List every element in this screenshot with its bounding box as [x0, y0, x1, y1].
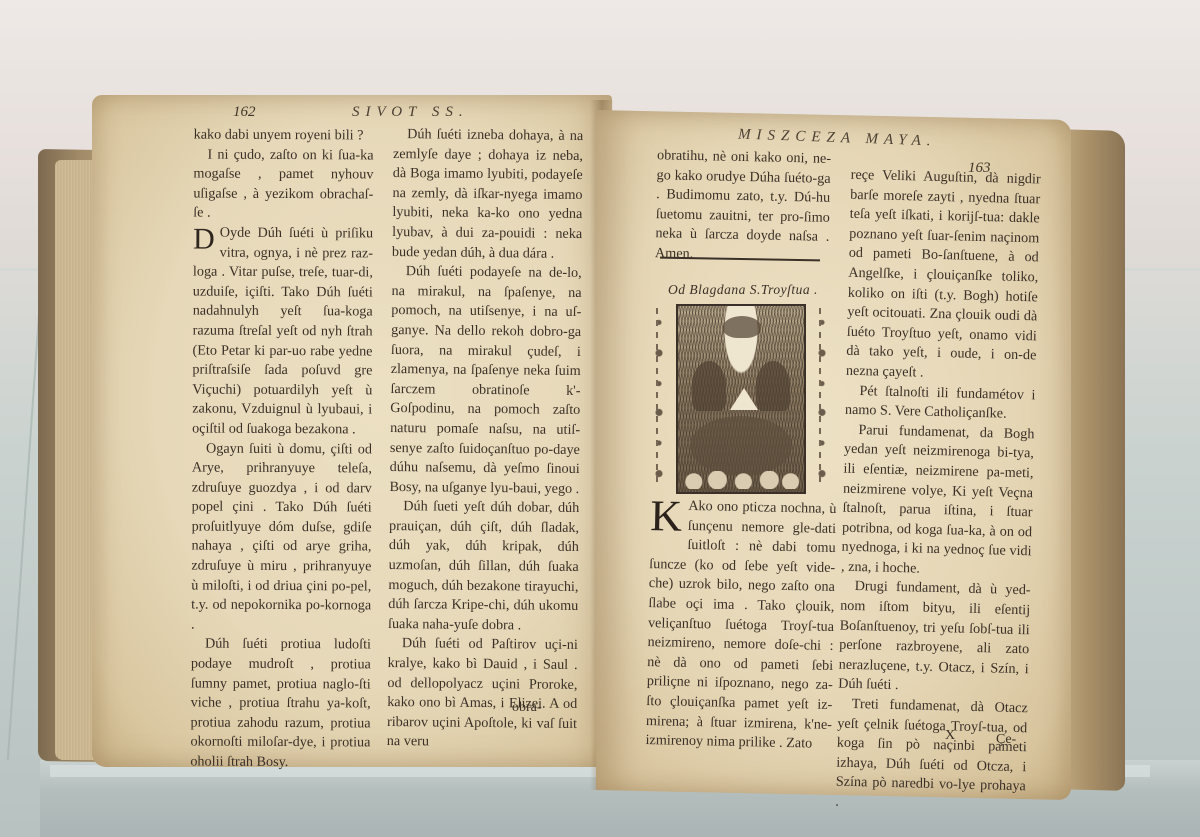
right-catchword: Çe- [996, 732, 1016, 748]
paragraph: Dúh ſuéti protiua ludoſti podaye mudroſt… [190, 635, 371, 773]
paragraph-with-dropcap: KAko ono pticza nochna, ù ſunçenu nemore… [645, 496, 836, 755]
right-page-column-1-bottom: KAko ono pticza nochna, ù ſunçenu nemore… [645, 496, 836, 755]
trinity-woodcut-image [676, 304, 806, 494]
paragraph-text: Oyde Dúh ſuéti ù priſiku vitra, ognya, i… [192, 225, 373, 438]
open-book: 162 SIVOT SS. kako dabi unyem royeni bil… [0, 0, 1200, 837]
paragraph: Dúh ſuéti podayeſe na de-lo, na mirakul,… [389, 262, 581, 499]
figure-left [692, 361, 726, 411]
left-page-column-1: kako dabi unyem royeni bili ? I ni çudo,… [190, 126, 373, 774]
ornament-border-right [811, 308, 833, 488]
paragraph: Dúh ſueti yeſt dúh dobar, dúh prauiçan, … [388, 497, 579, 636]
paragraph: Dúh ſuéti izneba dohaya, à na zemlyſe da… [392, 125, 583, 264]
woodcut-illustration [648, 300, 833, 500]
section-title: Od Blagdana S.Troyſtua . [668, 282, 818, 298]
paragraph: Drugi fundament, dà ù yed-nom iſtom bity… [838, 577, 1031, 699]
ornament-border-left [648, 308, 670, 488]
paragraph: obratihu, nè oni kako oni, ne-go kako or… [655, 146, 831, 267]
paragraph: Pét ſtalnoſti ili fundamétov i namo S. V… [845, 381, 1036, 425]
paragraph: Ogayn ſuiti ù domu, çiſti od Arye, prihr… [191, 439, 372, 636]
right-page-column-2: reçe Veliki Auguſtin, dà nigdir barſe mo… [835, 166, 1041, 817]
left-catchword: obra- [512, 700, 542, 716]
paragraph-with-dropcap: DOyde Dúh ſuéti ù priſiku vitra, ognya, … [192, 224, 373, 440]
left-page-column-2: Dúh ſuéti izneba dohaya, à na zemlyſe da… [387, 125, 584, 754]
signature-mark: X [945, 728, 955, 744]
dropcap-letter: K [650, 496, 683, 537]
paragraph: Dúh ſuéti od Paſtirov uçi-ni kralye, kak… [387, 634, 578, 754]
left-page-number: 162 [233, 104, 256, 121]
figure-right [756, 361, 790, 411]
globe [690, 416, 792, 476]
dove-icon [723, 316, 761, 338]
paragraph: Parui fundamenat, da Bogh yedan yeſt nei… [841, 420, 1035, 581]
clouds [682, 471, 800, 489]
paragraph: Treti fundamenat, dà Otacz yeſt çelnik ſ… [835, 695, 1028, 817]
dropcap-letter: D [193, 226, 215, 254]
paragraph: I ni çudo, zaſto on ki ſua-ka mogaſse , … [193, 145, 373, 224]
trinity-triangle-icon [730, 388, 758, 410]
right-page-column-1-top: obratihu, nè oni kako oni, ne-go kako or… [655, 146, 831, 267]
paragraph: reçe Veliki Auguſtin, dà nigdir barſe mo… [846, 166, 1041, 386]
paragraph: kako dabi unyem royeni bili ? [194, 126, 374, 147]
left-running-head: SIVOT SS. [352, 104, 469, 121]
